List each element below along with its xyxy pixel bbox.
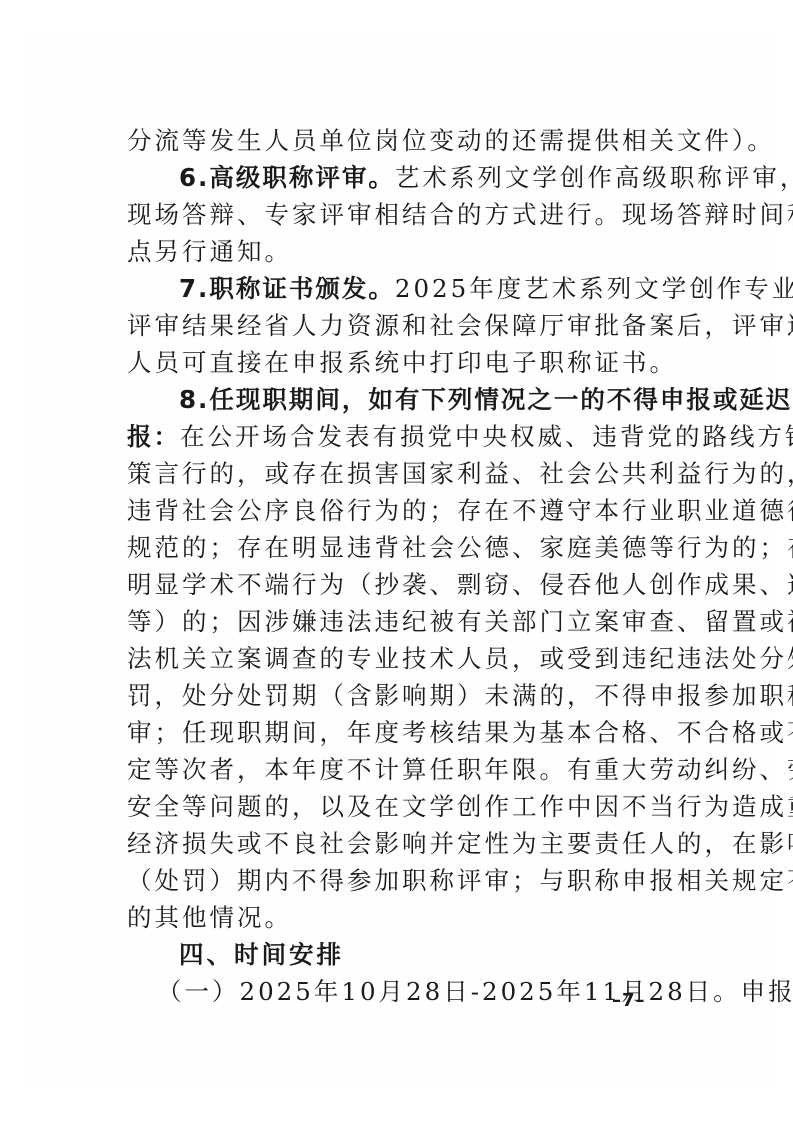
- line-text: 罚，处分处罚期（含影响期）未满的，不得申报参加职称评: [127, 681, 793, 710]
- text-line: 等）的；因涉嫌违法违纪被有关部门立案审查、留置或被司: [127, 603, 652, 640]
- item-8-title-cont: 报：: [127, 422, 180, 451]
- item-7-title: 7.职称证书颁发。: [179, 274, 395, 303]
- line-text: 策言行的，或存在损害国家利益、社会公共利益行为的，或: [127, 459, 793, 488]
- line-text: 2025年度艺术系列文学创作专业职称: [395, 274, 793, 303]
- line-text: 经济损失或不良社会影响并定性为主要责任人的，在影响: [127, 829, 793, 858]
- schedule-text: （一）2025年10月28日-2025年11月28日。申报人: [157, 977, 793, 1006]
- line-text: 分流等发生人员单位岗位变动的还需提供相关文件）。: [127, 126, 775, 155]
- text-line: 法机关立案调查的专业技术人员，或受到违纪违法处分处: [127, 640, 652, 677]
- line-text: 在公开场合发表有损党中央权威、违背党的路线方针政: [180, 422, 793, 451]
- line-text: 明显学术不端行为（抄袭、剽窃、侵吞他人创作成果、造假: [127, 570, 793, 599]
- line-text: 等）的；因涉嫌违法违纪被有关部门立案审查、留置或被司: [127, 607, 793, 636]
- text-line: 审；任现职期间，年度考核结果为基本合格、不合格或不确: [127, 714, 652, 751]
- line-text: 现场答辩、专家评审相结合的方式进行。现场答辩时间和地: [127, 200, 793, 229]
- section-heading-text: 四、时间安排: [179, 940, 344, 969]
- text-line: 罚，处分处罚期（含影响期）未满的，不得申报参加职称评: [127, 677, 652, 714]
- line-text: 规范的；存在明显违背社会公德、家庭美德等行为的；存在: [127, 533, 793, 562]
- item-8-title: 8.任现职期间，如有下列情况之一的不得申报或延迟申: [179, 385, 793, 414]
- item-8-heading-line: 8.任现职期间，如有下列情况之一的不得申报或延迟申: [127, 381, 652, 418]
- text-line: 现场答辩、专家评审相结合的方式进行。现场答辩时间和地: [127, 196, 652, 233]
- document-body: 分流等发生人员单位岗位变动的还需提供相关文件）。 6.高级职称评审。艺术系列文学…: [127, 122, 652, 1010]
- line-text: 违背社会公序良俗行为的；存在不遵守本行业职业道德行为: [127, 496, 793, 525]
- item-8-heading-cont-line: 报：在公开场合发表有损党中央权威、违背党的路线方针政: [127, 418, 652, 455]
- text-line: 规范的；存在明显违背社会公德、家庭美德等行为的；存在: [127, 529, 652, 566]
- section-heading: 四、时间安排: [127, 936, 652, 973]
- item-6-heading-line: 6.高级职称评审。艺术系列文学创作高级职称评审，以: [127, 159, 652, 196]
- text-line: 的其他情况。: [127, 899, 652, 936]
- line-text: 安全等问题的，以及在文学创作工作中因不当行为造成重大: [127, 792, 793, 821]
- item-6-title: 6.高级职称评审。: [179, 163, 395, 192]
- line-text: 的其他情况。: [127, 903, 292, 932]
- line-text: 法机关立案调查的专业技术人员，或受到违纪违法处分处: [127, 644, 793, 673]
- text-line: 分流等发生人员单位岗位变动的还需提供相关文件）。: [127, 122, 652, 159]
- line-text: 评审结果经省人力资源和社会保障厅审批备案后，评审通过: [127, 311, 793, 340]
- text-line: 明显学术不端行为（抄袭、剽窃、侵吞他人创作成果、造假: [127, 566, 652, 603]
- text-line: 违背社会公序良俗行为的；存在不遵守本行业职业道德行为: [127, 492, 652, 529]
- text-line: 安全等问题的，以及在文学创作工作中因不当行为造成重大: [127, 788, 652, 825]
- text-line: 定等次者，本年度不计算任职年限。有重大劳动纠纷、劳动: [127, 751, 652, 788]
- schedule-line: （一）2025年10月28日-2025年11月28日。申报人: [127, 973, 652, 1010]
- text-line: 策言行的，或存在损害国家利益、社会公共利益行为的，或: [127, 455, 652, 492]
- line-text: 点另行通知。: [127, 237, 292, 266]
- text-line: 评审结果经省人力资源和社会保障厅审批备案后，评审通过: [127, 307, 652, 344]
- item-7-heading-line: 7.职称证书颁发。2025年度艺术系列文学创作专业职称: [127, 270, 652, 307]
- line-text: 审；任现职期间，年度考核结果为基本合格、不合格或不确: [127, 718, 793, 747]
- text-line: （处罚）期内不得参加职称评审；与职称申报相关规定不符: [127, 862, 652, 899]
- line-text: 人员可直接在申报系统中打印电子职称证书。: [127, 348, 677, 377]
- page-number: –7–: [612, 990, 646, 1011]
- text-line: 人员可直接在申报系统中打印电子职称证书。: [127, 344, 652, 381]
- line-text: 艺术系列文学创作高级职称评审，以: [395, 163, 793, 192]
- text-line: 经济损失或不良社会影响并定性为主要责任人的，在影响: [127, 825, 652, 862]
- text-line: 点另行通知。: [127, 233, 652, 270]
- line-text: 定等次者，本年度不计算任职年限。有重大劳动纠纷、劳动: [127, 755, 793, 784]
- line-text: （处罚）期内不得参加职称评审；与职称申报相关规定不符: [127, 866, 793, 895]
